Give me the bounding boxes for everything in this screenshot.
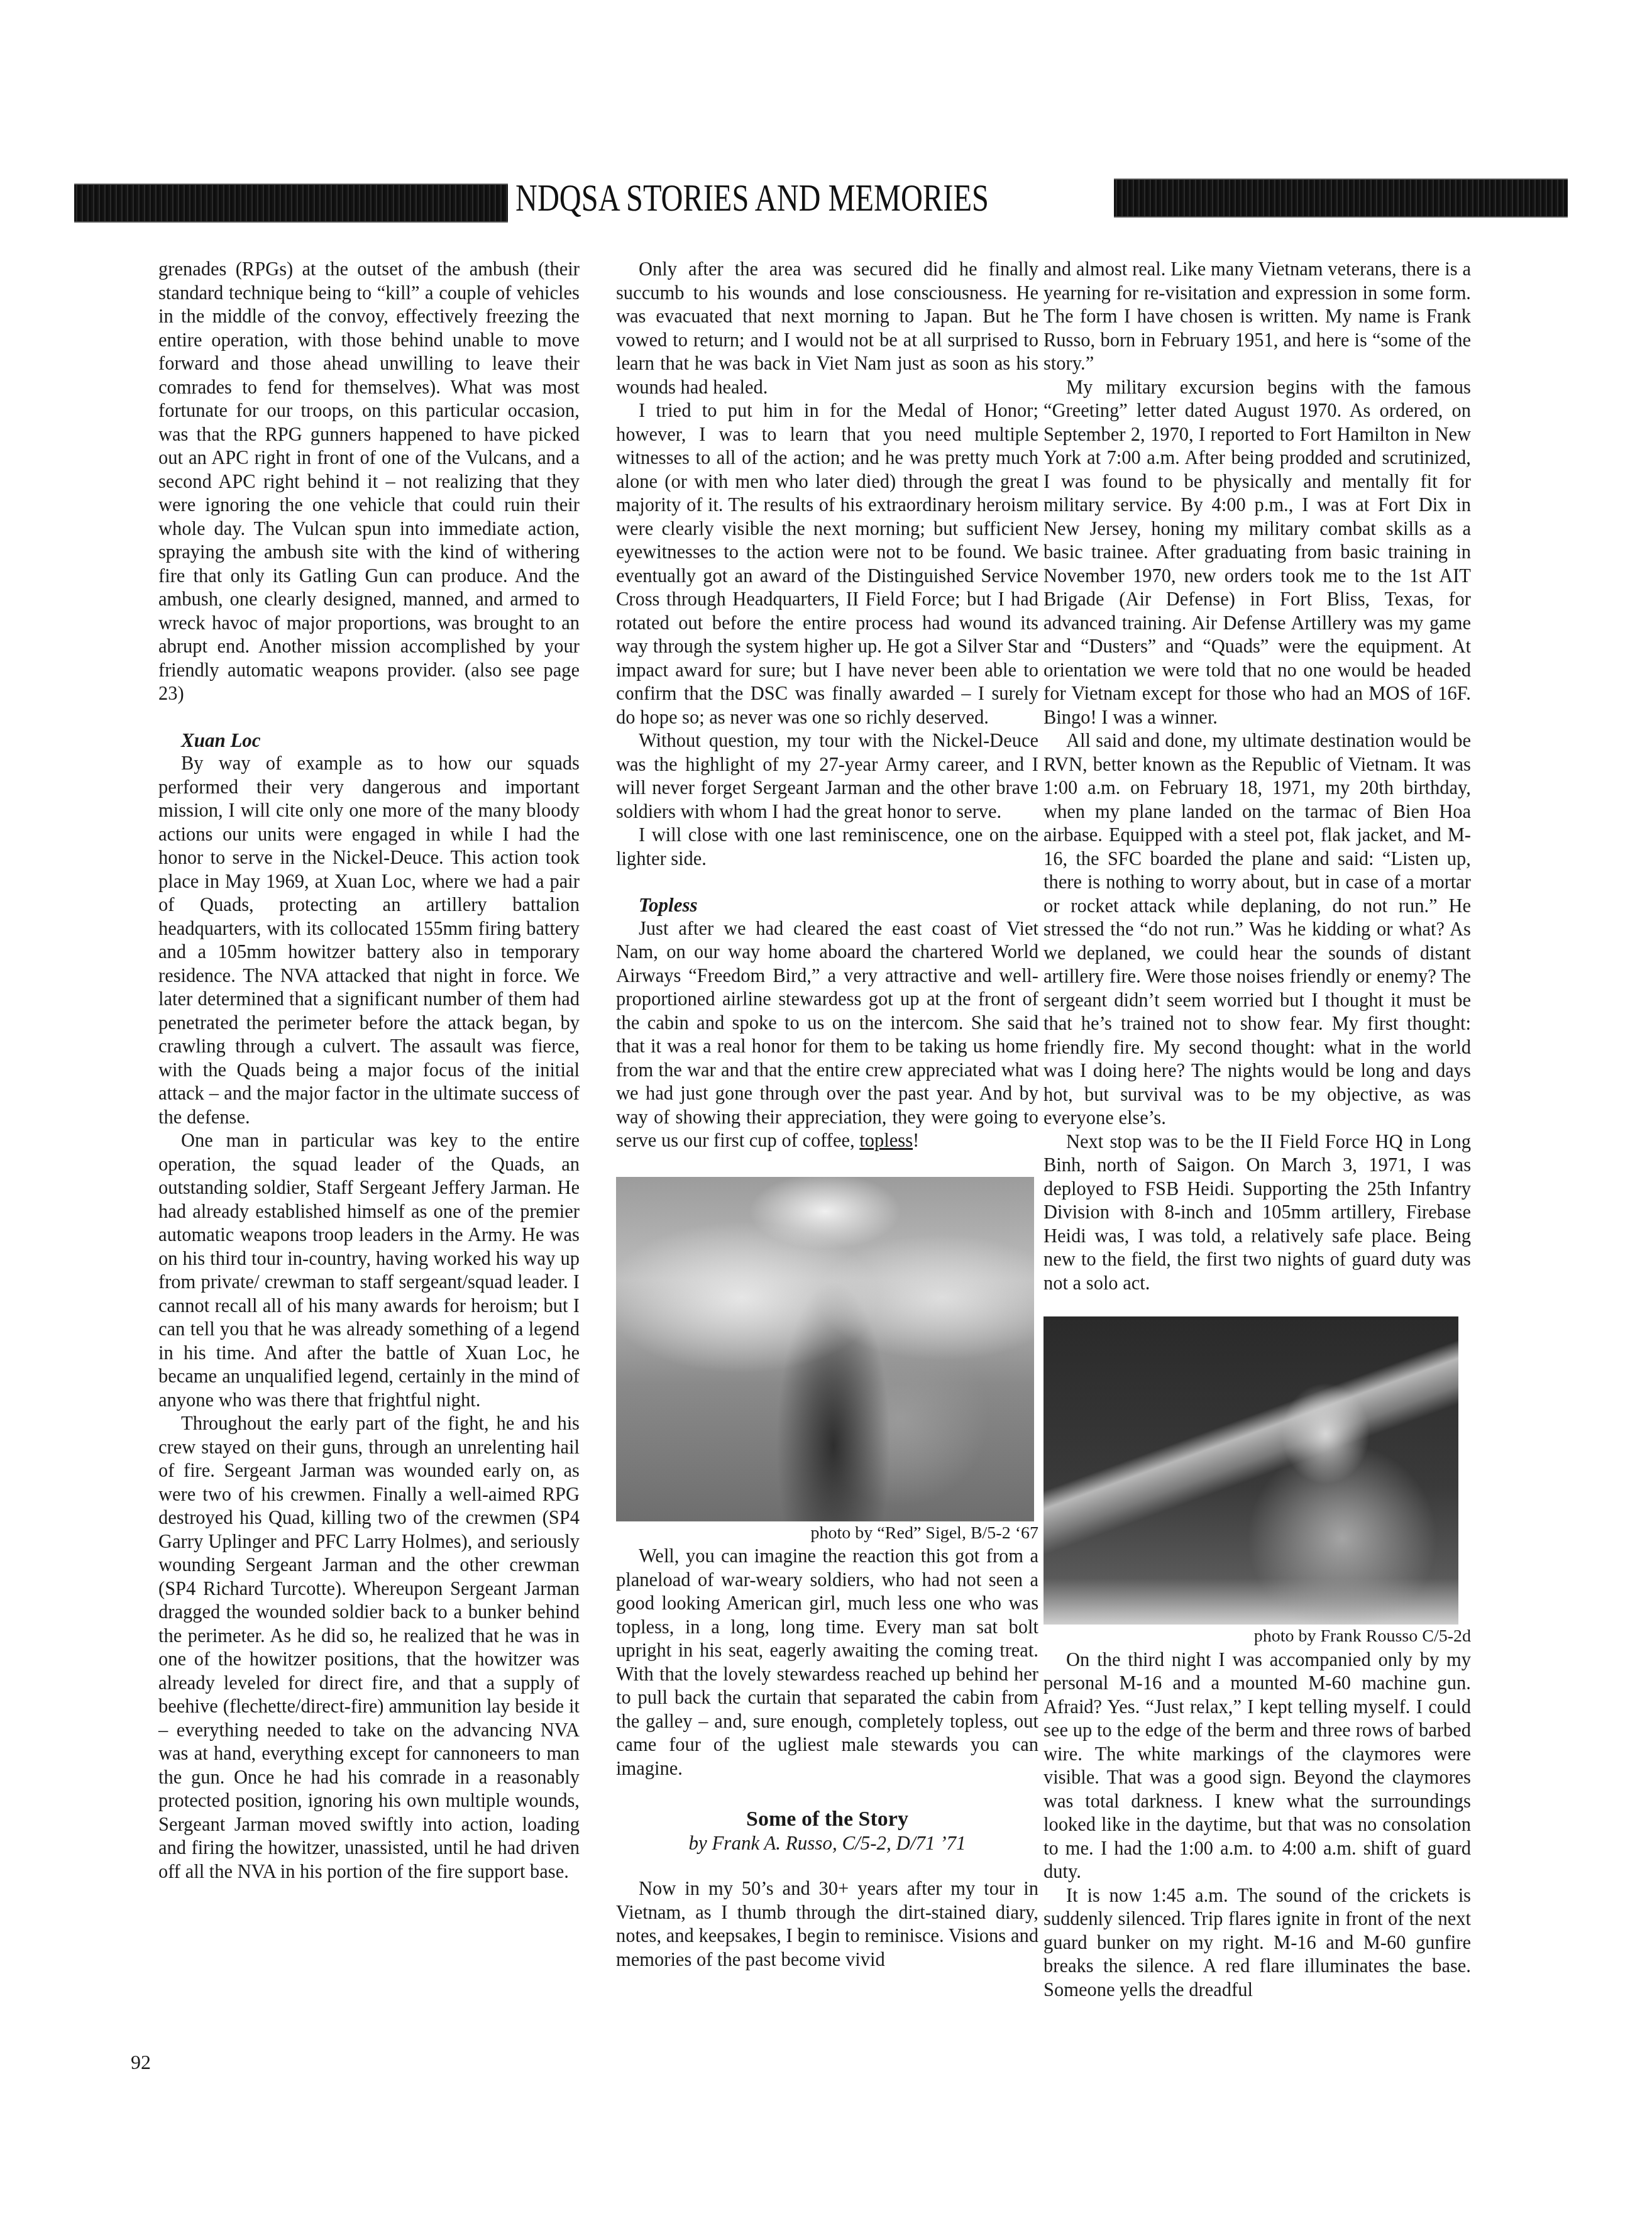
paragraph: Now in my 50’s and 30+ years after my to… [616,1877,1038,1972]
paragraph: grenades (RPGs) at the outset of the amb… [158,258,580,706]
paragraph: and almost real. Like many Vietnam veter… [1044,258,1471,376]
photo-caption: photo by Frank Rousso C/5-2d [1044,1625,1471,1648]
column-3: and almost real. Like many Vietnam veter… [1044,258,1471,2002]
paragraph: Just after we had cleared the east coast… [616,917,1038,1153]
paragraph: One man in particular was key to the ent… [158,1129,580,1412]
photo-caption: photo by “Red” Sigel, B/5-2 ‘67 [616,1521,1038,1545]
paragraph: On the third night I was accompanied onl… [1044,1648,1471,1884]
underlined-word: topless [859,1130,913,1151]
paragraph: It is now 1:45 a.m. The sound of the cri… [1044,1884,1471,2002]
subhead-topless: Topless [616,893,1038,917]
paragraph: Well, you can imagine the reaction this … [616,1545,1038,1780]
section-header: NDQSA STORIES AND MEMORIES [0,176,1652,220]
subhead-xuan-loc: Xuan Loc [158,729,580,753]
soldier-machine-gun-photo [1044,1316,1458,1625]
section-title: NDQSA STORIES AND MEMORIES [515,176,976,221]
page-number: 92 [131,2051,151,2074]
paragraph: Without question, my tour with the Nicke… [616,729,1038,824]
story-title: Some of the Story [616,1807,1038,1832]
story-byline: by Frank A. Russo, C/5-2, D/71 ’71 [616,1832,1038,1855]
paragraph-text: Just after we had cleared the east coast… [616,918,1038,1152]
column-1: grenades (RPGs) at the outset of the amb… [158,258,580,1884]
paragraph: All said and done, my ultimate destinati… [1044,729,1471,1130]
paragraph: By way of example as to how our squads p… [158,752,580,1129]
paragraph: Only after the area was secured did he f… [616,258,1038,399]
paragraph-end: ! [913,1130,919,1151]
paragraph: My military excursion begins with the fa… [1044,376,1471,730]
header-bar-right [1114,179,1568,218]
airplane-cabin-photo [616,1177,1034,1521]
paragraph: I will close with one last reminiscence,… [616,824,1038,871]
header-bar-left [74,184,508,223]
column-2: Only after the area was secured did he f… [616,258,1038,1972]
paragraph: I tried to put him in for the Medal of H… [616,399,1038,729]
paragraph: Throughout the early part of the fight, … [158,1412,580,1884]
paragraph: Next stop was to be the II Field Force H… [1044,1130,1471,1296]
